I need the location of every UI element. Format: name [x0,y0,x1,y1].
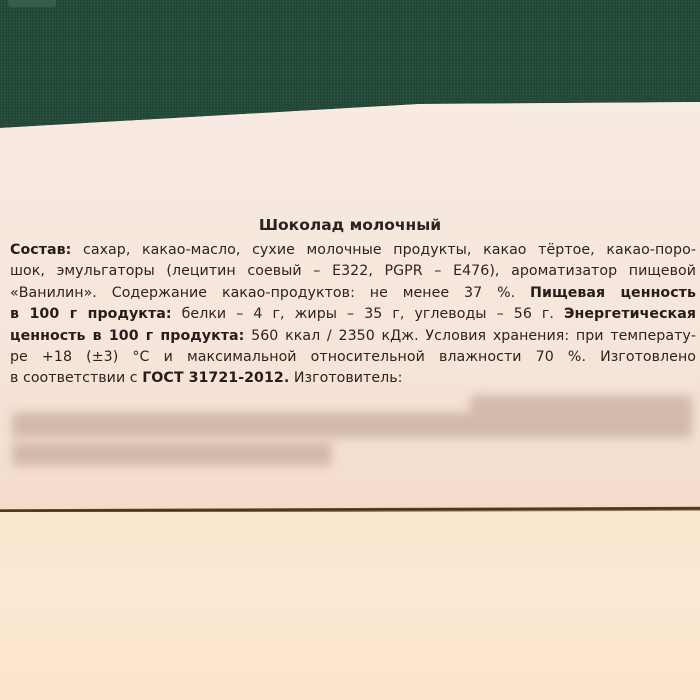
product-photo: Шоколад молочный Состав: сахар, какао-ма… [0,0,700,700]
text-fragment: «Ванилин». Содержание какао-продуктов: н… [10,285,530,301]
text-fragment: белки – 4 г, жиры – 35 г, углеводы – 56 … [172,306,564,322]
nutrition-heading-cont: в 100 г продукта: [10,306,172,322]
text-fragment: сахар, какао-масло, сухие молочные проду… [71,242,696,258]
ingredients-heading: Состав: [10,242,71,258]
lower-surface [0,512,700,700]
redacted-manufacturer-2 [12,412,692,438]
gost-standard: ГОСТ 31721-2012. [142,370,289,386]
text-fragment: 560 ккал / 2350 кДж. Условия хранения: п… [244,328,696,344]
text-line-2: шок, эмульгаторы (лецитин соевый – Е322,… [10,261,696,282]
energy-heading-cont: ценность в 100 г продукта: [10,328,244,344]
text-fragment: шок, эмульгаторы (лецитин соевый – Е322,… [10,263,696,279]
ingredients-text: Состав: сахар, какао-масло, сухие молочн… [10,240,696,390]
text-line-4: в 100 г продукта: белки – 4 г, жиры – 35… [10,304,696,325]
energy-heading: Энергетическая [564,306,696,322]
text-line-3: «Ванилин». Содержание какао-продуктов: н… [10,283,696,304]
text-fragment: ре +18 (±3) °С и максимальной относитель… [10,349,696,365]
text-line-5: ценность в 100 г продукта: 560 ккал / 23… [10,326,696,347]
text-fragment: Изготовитель: [289,370,402,386]
text-line-6: ре +18 (±3) °С и максимальной относитель… [10,347,696,368]
product-title: Шоколад молочный [0,216,700,234]
text-fragment: в соответствии с [10,370,142,386]
text-line-7: в соответствии с ГОСТ 31721-2012. Изгото… [10,368,696,389]
redacted-manufacturer-3 [12,442,332,466]
text-line-1: Состав: сахар, какао-масло, сухие молочн… [10,240,696,261]
nutrition-heading: Пищевая ценность [530,285,696,301]
partial-logo [8,0,56,7]
